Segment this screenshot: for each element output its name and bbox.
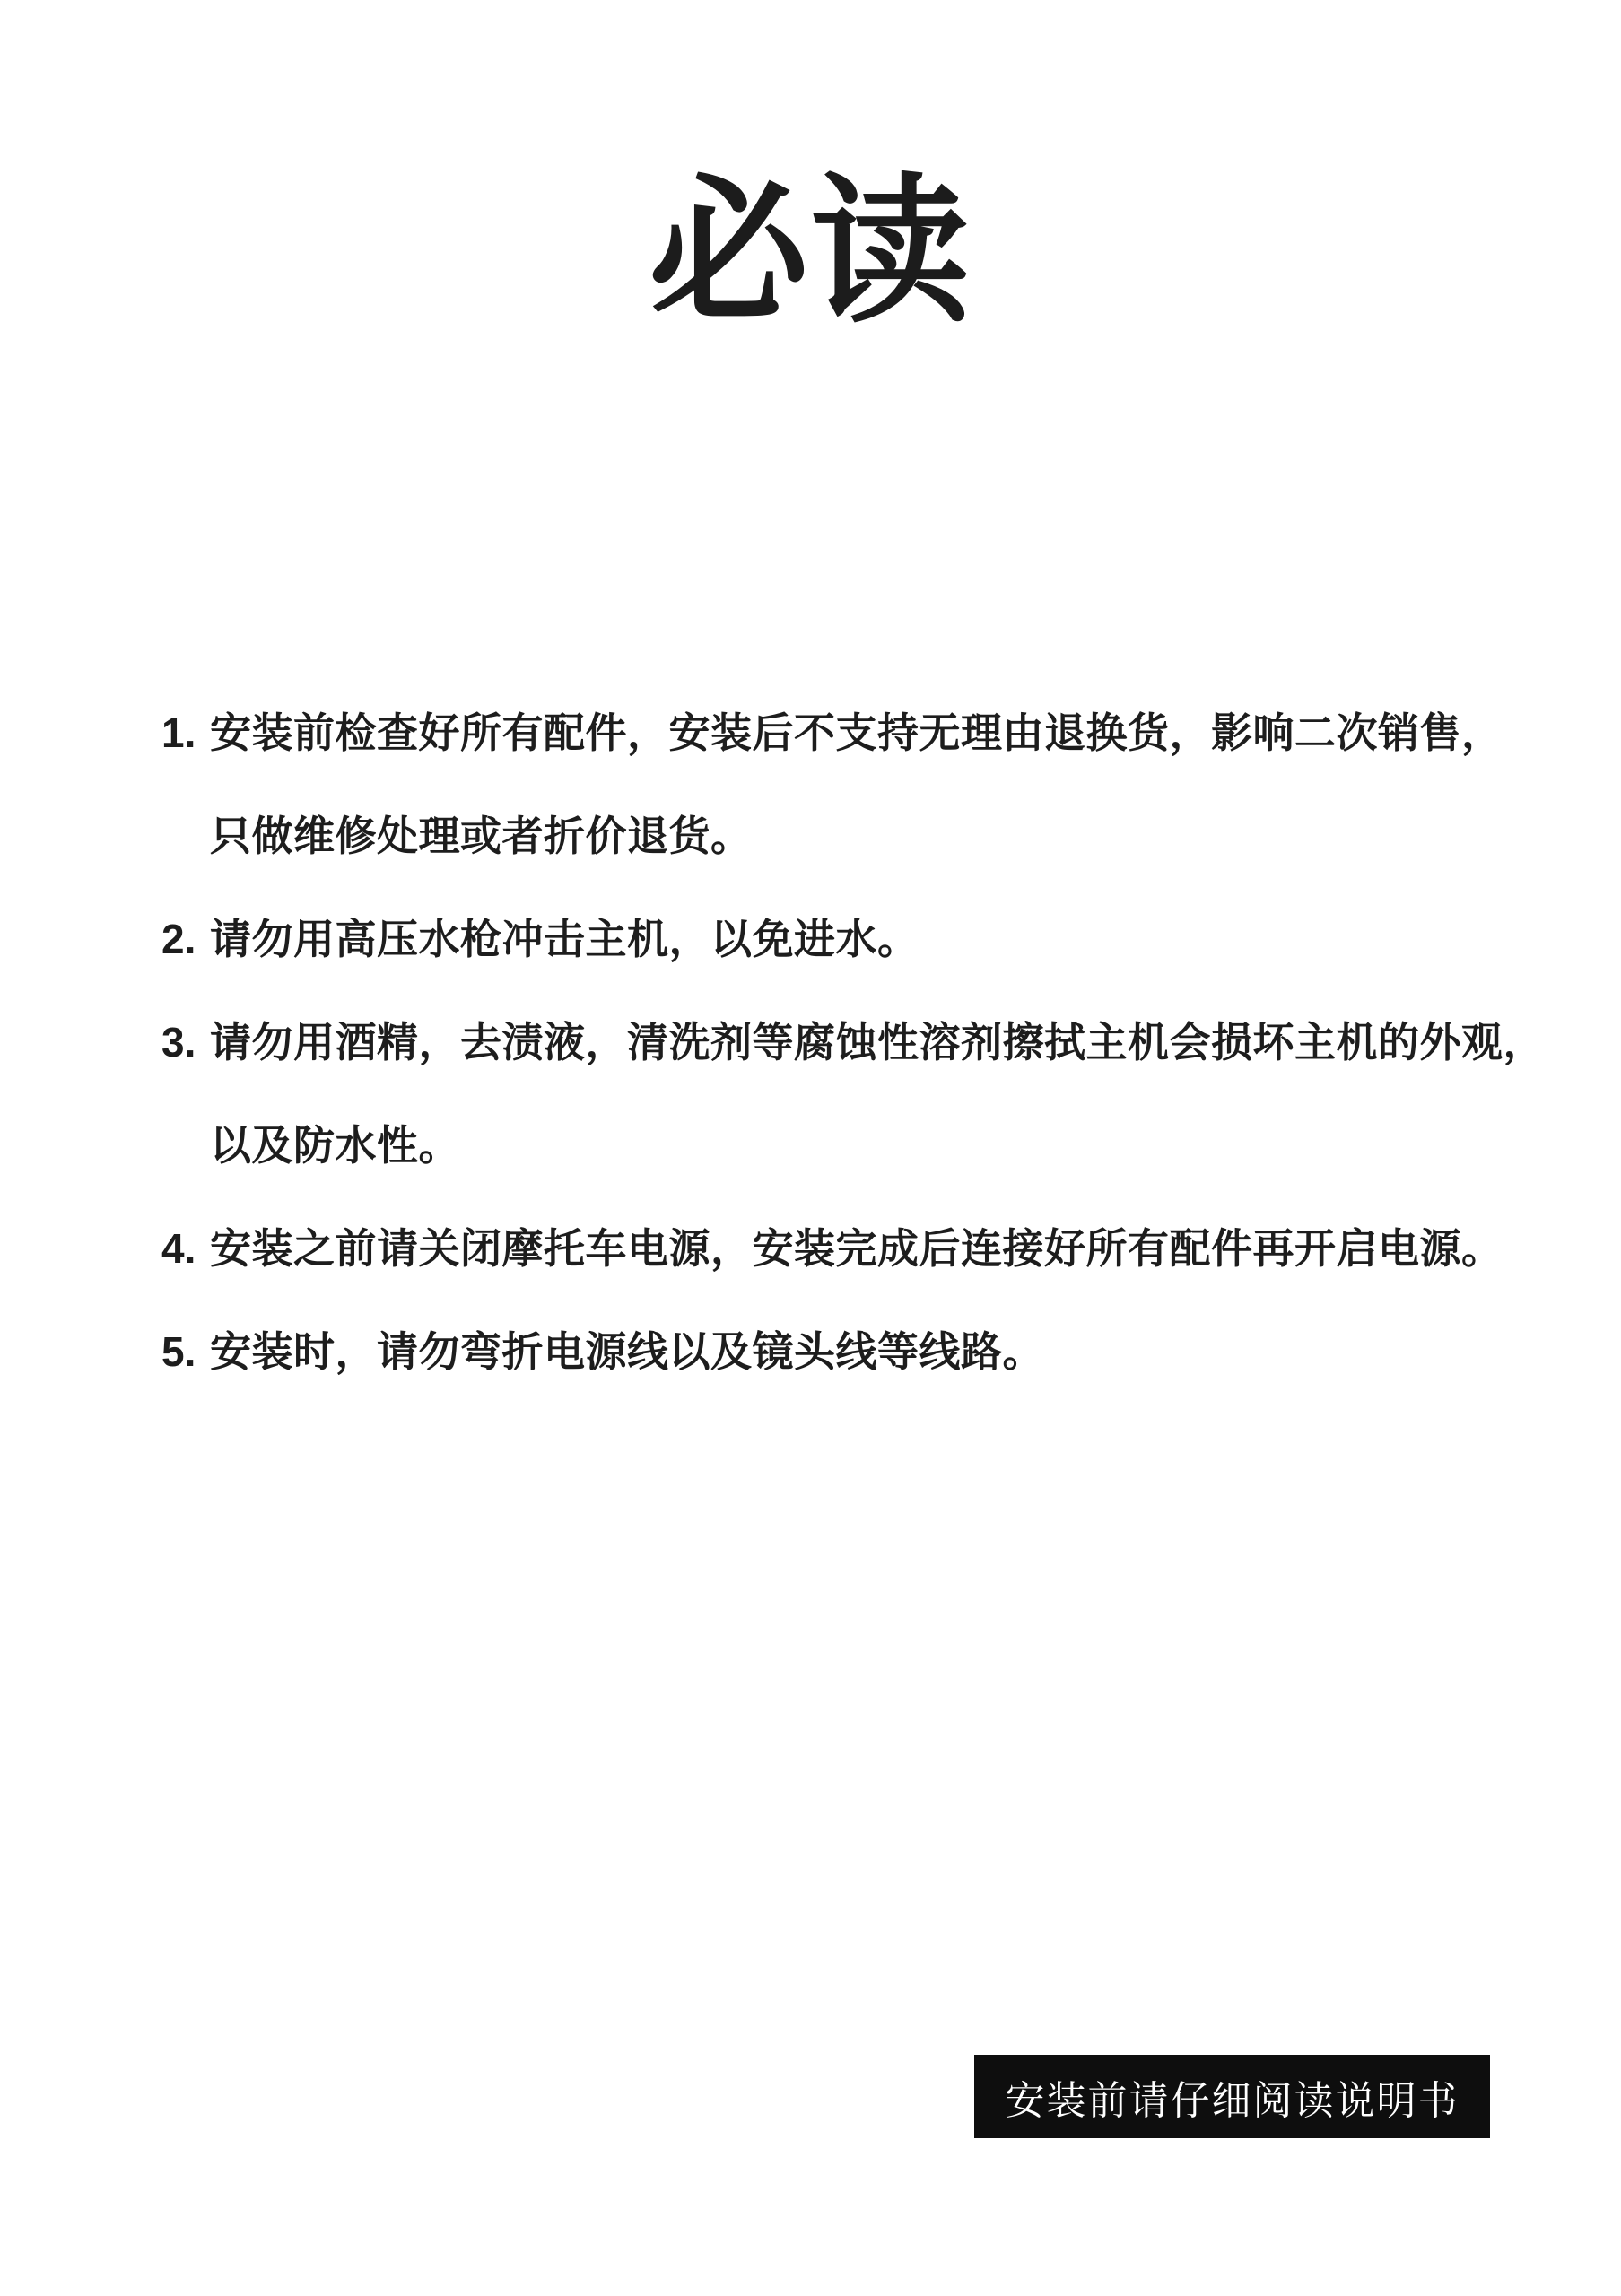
list-item-line: 以及防水性。 — [210, 1094, 1549, 1197]
list-item-line: 请勿用酒精，去渍液，清洗剂等腐蚀性溶剂擦拭主机会损坏主机的外观， — [210, 991, 1549, 1094]
list-item: 2. 请勿用高压水枪冲击主机，以免进水。 — [161, 888, 1549, 991]
list-item-number: 4. — [161, 1197, 210, 1300]
list-item-number: 2. — [161, 888, 210, 991]
list-item-number: 3. — [161, 991, 210, 1094]
list-item: 5. 安装时，请勿弯折电源线以及镜头线等线路。 — [161, 1300, 1549, 1404]
page-title: 必读 — [0, 172, 1621, 332]
list-item: 3. 请勿用酒精，去渍液，清洗剂等腐蚀性溶剂擦拭主机会损坏主机的外观， 以及防水… — [161, 991, 1549, 1197]
list-item-text: 安装之前请关闭摩托车电源，安装完成后连接好所有配件再开启电源。 — [210, 1197, 1549, 1300]
list-item-text: 安装时，请勿弯折电源线以及镜头线等线路。 — [210, 1300, 1549, 1404]
notice-list: 1. 安装前检查好所有配件，安装后不支持无理由退换货，影响二次销售， 只做维修处… — [161, 682, 1549, 1404]
list-item-line: 安装之前请关闭摩托车电源，安装完成后连接好所有配件再开启电源。 — [210, 1197, 1549, 1300]
list-item-number: 1. — [161, 682, 210, 785]
read-manual-badge: 安装前请仔细阅读说明书 — [974, 2055, 1490, 2138]
list-item-line: 安装时，请勿弯折电源线以及镜头线等线路。 — [210, 1300, 1549, 1404]
list-item-line: 只做维修处理或者折价退货。 — [210, 785, 1549, 888]
list-item: 1. 安装前检查好所有配件，安装后不支持无理由退换货，影响二次销售， 只做维修处… — [161, 682, 1549, 888]
list-item-line: 请勿用高压水枪冲击主机，以免进水。 — [210, 888, 1549, 991]
list-item-line: 安装前检查好所有配件，安装后不支持无理由退换货，影响二次销售， — [210, 682, 1549, 785]
manual-page: 必读 1. 安装前检查好所有配件，安装后不支持无理由退换货，影响二次销售， 只做… — [0, 0, 1621, 2296]
list-item-text: 请勿用酒精，去渍液，清洗剂等腐蚀性溶剂擦拭主机会损坏主机的外观， 以及防水性。 — [210, 991, 1549, 1197]
list-item-text: 请勿用高压水枪冲击主机，以免进水。 — [210, 888, 1549, 991]
list-item: 4. 安装之前请关闭摩托车电源，安装完成后连接好所有配件再开启电源。 — [161, 1197, 1549, 1300]
list-item-number: 5. — [161, 1300, 210, 1404]
list-item-text: 安装前检查好所有配件，安装后不支持无理由退换货，影响二次销售， 只做维修处理或者… — [210, 682, 1549, 888]
